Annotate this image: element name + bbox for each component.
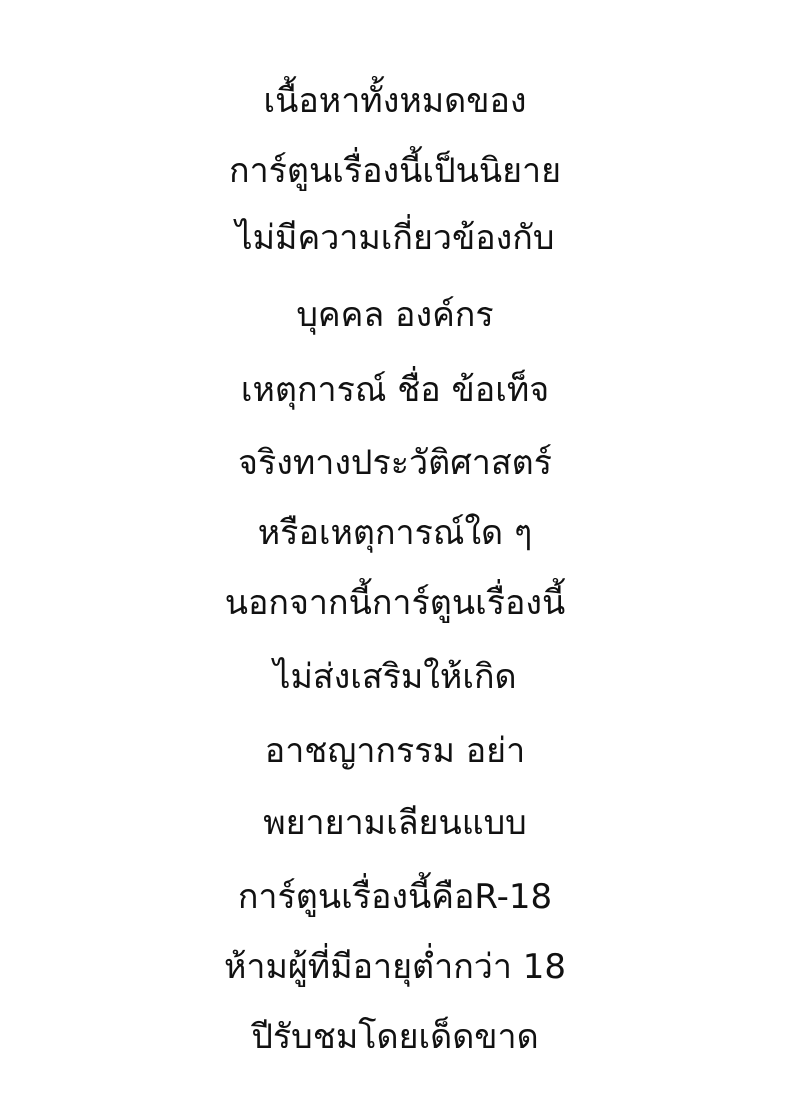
disclaimer-line-9: ไม่ส่งเสริมให้เกิด <box>0 652 790 702</box>
disclaimer-page: เนื้อหาทั้งหมดของ การ์ตูนเรื่องนี้เป็นนิ… <box>0 0 790 1115</box>
disclaimer-line-13: ห้ามผู้ที่มีอายุต่ำกว่า 18 <box>0 942 790 992</box>
disclaimer-line-7: หรือเหตุการณ์ใด ๆ <box>0 508 790 558</box>
disclaimer-line-1: เนื้อหาทั้งหมดของ <box>0 76 790 126</box>
disclaimer-line-5: เหตุการณ์ ชื่อ ข้อเท็จ <box>0 365 790 415</box>
disclaimer-line-10: อาชญากรรม อย่า <box>0 726 790 776</box>
disclaimer-line-3: ไม่มีความเกี่ยวข้องกับ <box>0 213 790 263</box>
disclaimer-line-4: บุคคล องค์กร <box>0 290 790 340</box>
disclaimer-line-8: นอกจากนี้การ์ตูนเรื่องนี้ <box>0 578 790 628</box>
disclaimer-line-2: การ์ตูนเรื่องนี้เป็นนิยาย <box>0 146 790 196</box>
disclaimer-line-12: การ์ตูนเรื่องนี้คือR-18 <box>0 872 790 922</box>
disclaimer-line-11: พยายามเลียนแบบ <box>0 798 790 848</box>
disclaimer-line-14: ปีรับชมโดยเด็ดขาด <box>0 1012 790 1062</box>
disclaimer-line-6: จริงทางประวัติศาสตร์ <box>0 438 790 488</box>
